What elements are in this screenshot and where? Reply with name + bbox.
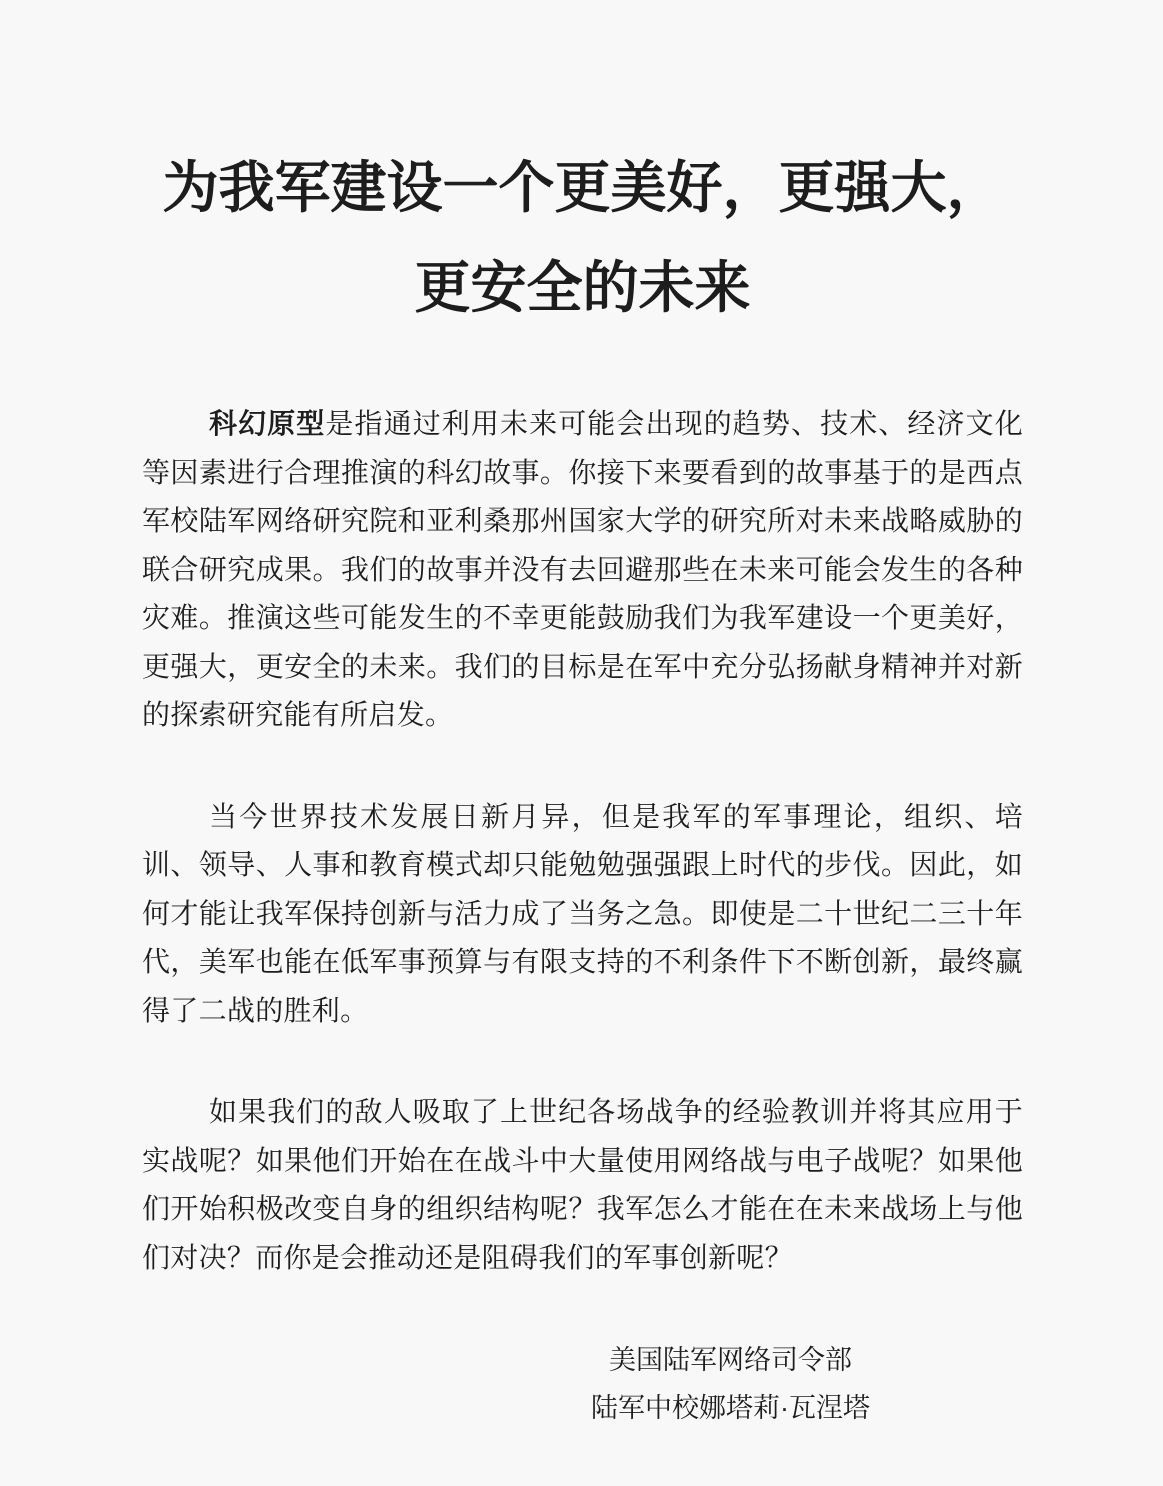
signature-author: 陆军中校娜塔莉·瓦涅塔 [591, 1384, 870, 1432]
signature-block: 美国陆军网络司令部 陆军中校娜塔莉·瓦涅塔 [591, 1336, 870, 1432]
document-content: 为我军建设一个更美好，更强大， 更安全的未来 科幻原型是指通过利用未来可能会出现… [0, 138, 1163, 1432]
paragraph-intro: 科幻原型是指通过利用未来可能会出现的趋势、技术、经济文化等因素进行合理推演的科幻… [142, 400, 1023, 740]
paragraph-innovation: 当今世界技术发展日新月异，但是我军的军事理论，组织、培训、领导、人事和教育模式却… [142, 793, 1023, 1036]
paragraph-questions-text: 如果我们的敌人吸取了上世纪各场战争的经验教训并将其应用于实战呢？如果他们开始在在… [142, 1096, 1023, 1273]
paragraph-innovation-text: 当今世界技术发展日新月异，但是我军的军事理论，组织、培训、领导、人事和教育模式却… [142, 801, 1023, 1026]
document-page: 为我军建设一个更美好，更强大， 更安全的未来 科幻原型是指通过利用未来可能会出现… [0, 0, 1163, 1486]
paragraph-intro-text: 是指通过利用未来可能会出现的趋势、技术、经济文化等因素进行合理推演的科幻故事。你… [142, 408, 1023, 730]
paragraph-questions: 如果我们的敌人吸取了上世纪各场战争的经验教训并将其应用于实战呢？如果他们开始在在… [142, 1088, 1023, 1282]
page-title-line-1: 为我军建设一个更美好，更强大， [142, 138, 1023, 238]
paragraph-intro-bold-lead: 科幻原型 [209, 408, 325, 439]
page-title-line-2: 更安全的未来 [142, 238, 1023, 338]
page-title: 为我军建设一个更美好，更强大， 更安全的未来 [142, 138, 1023, 338]
signature-organization: 美国陆军网络司令部 [591, 1336, 870, 1384]
